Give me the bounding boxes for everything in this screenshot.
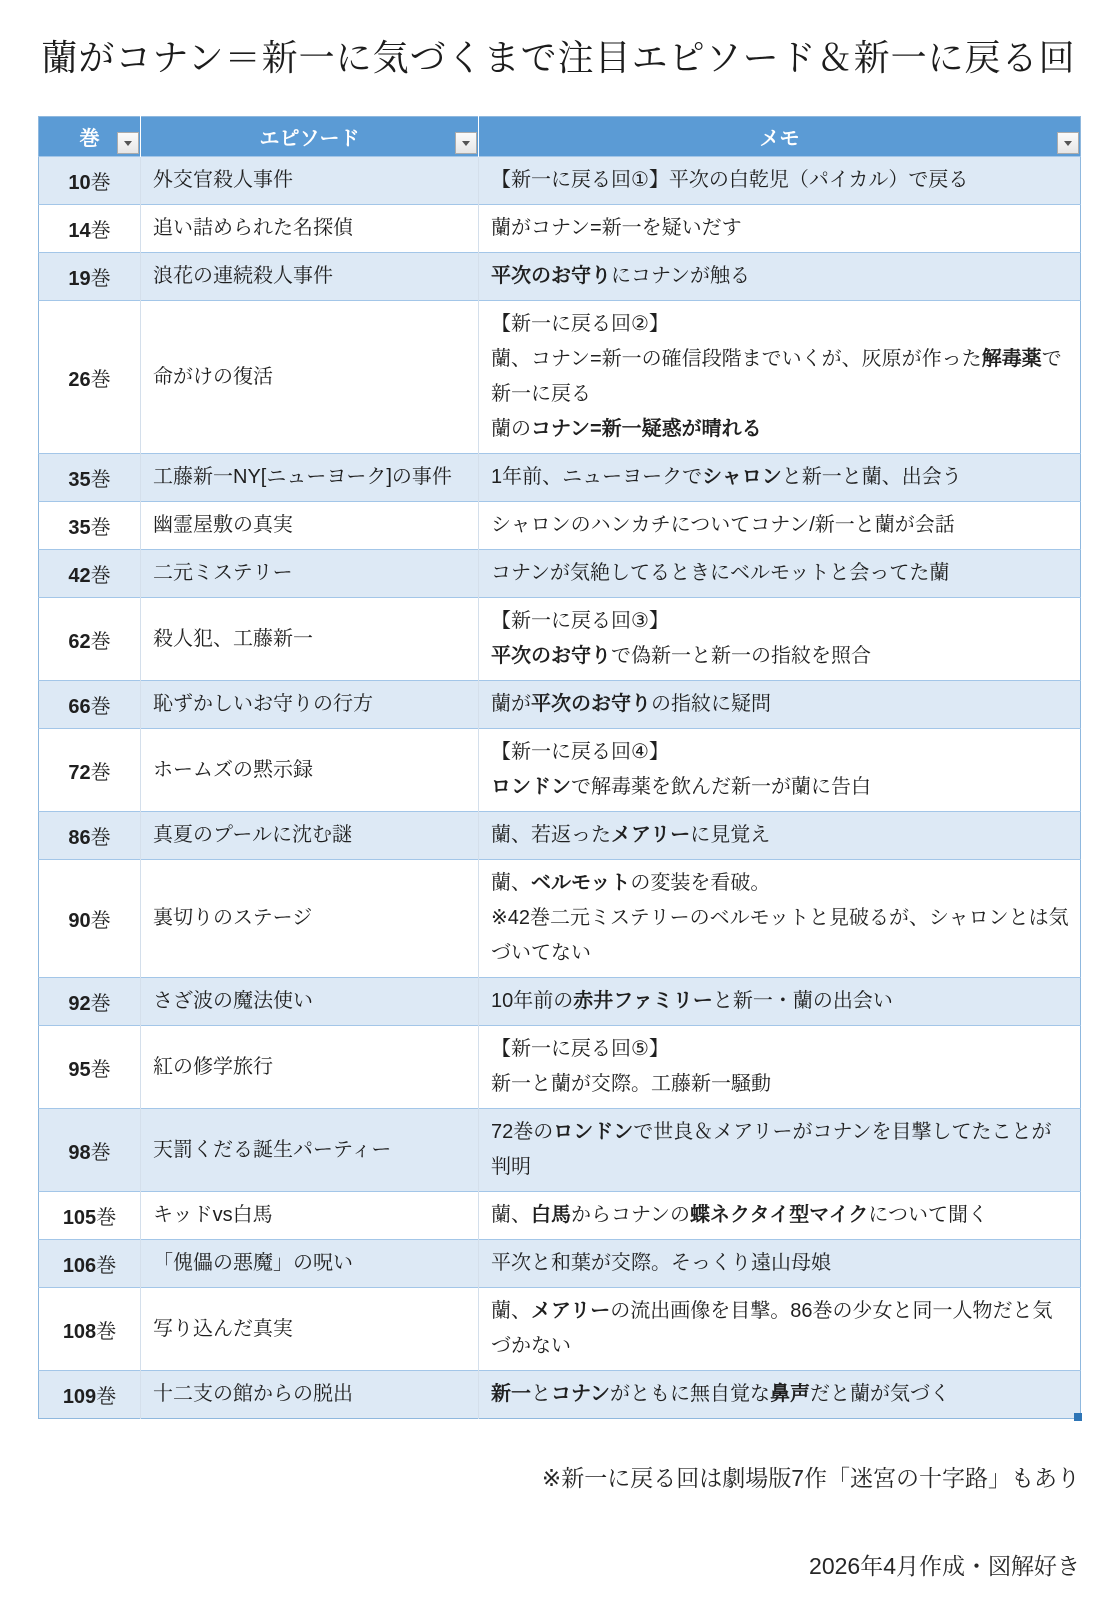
volume-text: 35 — [68, 469, 90, 491]
filter-button-episode[interactable] — [455, 132, 477, 154]
footnote: ※新一に戻る回は劇場版7作「迷宮の十字路」もあり — [542, 1460, 1080, 1493]
volume-text: 巻 — [91, 268, 111, 290]
memo-line: 72巻のロンドンで世良＆メアリーがコナンを目撃してたことが判明 — [491, 1115, 1070, 1185]
memo-cell: 蘭、ベルモットの変装を看破。※42巻二元ミステリーのベルモットと見破るが、シャロ… — [479, 860, 1081, 978]
episode-cell: 殺人犯、工藤新一 — [141, 598, 479, 681]
memo-line: 蘭、ベルモットの変装を看破。 — [491, 866, 1070, 901]
memo-cell: 平次と和葉が交際。そっくり遠山母娘 — [479, 1240, 1081, 1288]
episode-cell: さざ波の魔法使い — [141, 978, 479, 1026]
table-row: 95巻紅の修学旅行【新一に戻る回⑤】新一と蘭が交際。工藤新一騒動 — [39, 1026, 1081, 1109]
memo-text: の変装を看破。 — [630, 872, 770, 894]
memo-line: 蘭がコナン=新一を疑いだす — [491, 211, 1070, 246]
episode-cell: 「傀儡の悪魔」の呪い — [141, 1240, 479, 1288]
memo-text-bold: ロンドン — [553, 1121, 633, 1143]
memo-text: 蘭が — [491, 693, 531, 715]
memo-line: 【新一に戻る回③】 — [491, 604, 1070, 639]
volume-cell: 10巻 — [39, 157, 141, 205]
memo-text: 72巻の — [491, 1121, 553, 1143]
volume-cell: 109巻 — [39, 1371, 141, 1419]
volume-text: 巻 — [96, 1255, 116, 1277]
memo-line: 新一と蘭が交際。工藤新一騒動 — [491, 1067, 1070, 1102]
volume-text: 35 — [68, 517, 90, 539]
memo-cell: 【新一に戻る回①】平次の白乾児（パイカル）で戻る — [479, 157, 1081, 205]
episode-cell: 真夏のプールに沈む謎 — [141, 812, 479, 860]
volume-cell: 106巻 — [39, 1240, 141, 1288]
table-resize-handle[interactable] — [1074, 1413, 1082, 1421]
volume-text: 巻 — [91, 1059, 111, 1081]
memo-line: コナンが気絶してるときにベルモットと会ってた蘭 — [491, 556, 1070, 591]
memo-text: 蘭、コナン=新一の確信段階までいくが、灰原が作った — [491, 348, 982, 370]
episode-cell: 天罰くだる誕生パーティー — [141, 1109, 479, 1192]
volume-text: 巻 — [96, 1321, 116, 1343]
table-row: 106巻「傀儡の悪魔」の呪い平次と和葉が交際。そっくり遠山母娘 — [39, 1240, 1081, 1288]
memo-cell: 【新一に戻る回⑤】新一と蘭が交際。工藤新一騒動 — [479, 1026, 1081, 1109]
episode-cell: 浪花の連続殺人事件 — [141, 253, 479, 301]
volume-text: 巻 — [91, 369, 111, 391]
table-row: 108巻写り込んだ真実蘭、メアリーの流出画像を目撃。86巻の少女と同一人物だと気… — [39, 1288, 1081, 1371]
volume-text: 86 — [68, 827, 90, 849]
volume-text: 巻 — [91, 762, 111, 784]
memo-cell: 蘭がコナン=新一を疑いだす — [479, 205, 1081, 253]
memo-line: 蘭が平次のお守りの指紋に疑問 — [491, 687, 1070, 722]
memo-text: シャロンのハンカチについてコナン/新一と蘭が会話 — [491, 514, 955, 536]
memo-text: 【新一に戻る回③】 — [491, 610, 669, 632]
memo-text-bold: 蝶ネクタイ型マイク — [690, 1204, 868, 1226]
table-row: 90巻裏切りのステージ蘭、ベルモットの変装を看破。※42巻二元ミステリーのベルモ… — [39, 860, 1081, 978]
memo-text: 蘭、 — [491, 872, 531, 894]
memo-text-bold: ロンドン — [491, 776, 571, 798]
memo-line: 蘭、メアリーの流出画像を目撃。86巻の少女と同一人物だと気づかない — [491, 1294, 1070, 1364]
memo-text: 平次と和葉が交際。そっくり遠山母娘 — [491, 1252, 831, 1274]
memo-line: ロンドンで解毒薬を飲んだ新一が蘭に告白 — [491, 770, 1070, 805]
volume-cell: 62巻 — [39, 598, 141, 681]
volume-text: 巻 — [91, 469, 111, 491]
table-row: 10巻外交官殺人事件【新一に戻る回①】平次の白乾児（パイカル）で戻る — [39, 157, 1081, 205]
dropdown-triangle-icon — [462, 141, 470, 146]
volume-cell: 14巻 — [39, 205, 141, 253]
memo-text: 蘭の — [491, 418, 531, 440]
table-row: 66巻恥ずかしいお守りの行方蘭が平次のお守りの指紋に疑問 — [39, 681, 1081, 729]
memo-cell: 蘭、若返ったメアリーに見覚え — [479, 812, 1081, 860]
episode-cell: 命がけの復活 — [141, 301, 479, 454]
memo-text: 1年前、ニューヨークで — [491, 466, 702, 488]
volume-text: 72 — [68, 762, 90, 784]
memo-text: だと蘭が気づく — [810, 1383, 950, 1405]
memo-text: 【新一に戻る回⑤】 — [491, 1038, 669, 1060]
memo-text-bold: コナン — [551, 1383, 610, 1405]
table-row: 35巻工藤新一NY[ニューヨーク]の事件1年前、ニューヨークでシャロンと新一と蘭… — [39, 454, 1081, 502]
volume-text: 19 — [68, 268, 90, 290]
volume-cell: 42巻 — [39, 550, 141, 598]
memo-text-bold: 白馬 — [531, 1204, 571, 1226]
table-row: 42巻二元ミステリーコナンが気絶してるときにベルモットと会ってた蘭 — [39, 550, 1081, 598]
volume-cell: 92巻 — [39, 978, 141, 1026]
column-header-memo-label: メモ — [760, 128, 800, 150]
memo-cell: 【新一に戻る回③】平次のお守りで偽新一と新一の指紋を照合 — [479, 598, 1081, 681]
volume-text: 90 — [68, 910, 90, 932]
memo-cell: 蘭、メアリーの流出画像を目撃。86巻の少女と同一人物だと気づかない — [479, 1288, 1081, 1371]
volume-text: 巻 — [91, 517, 111, 539]
memo-cell: 平次のお守りにコナンが触る — [479, 253, 1081, 301]
column-header-episode: エピソード — [141, 117, 479, 157]
episode-cell: 裏切りのステージ — [141, 860, 479, 978]
column-header-volume-label: 巻 — [80, 128, 100, 150]
memo-text: 【新一に戻る回②】 — [491, 313, 669, 335]
memo-text: からコナンの — [571, 1204, 690, 1226]
memo-line: 蘭、コナン=新一の確信段階までいくが、灰原が作った解毒薬で新一に戻る — [491, 342, 1070, 412]
volume-text: 109 — [63, 1386, 96, 1408]
episode-cell: 外交官殺人事件 — [141, 157, 479, 205]
memo-text: について聞く — [868, 1204, 988, 1226]
memo-line: 10年前の赤井ファミリーと新一・蘭の出会い — [491, 984, 1070, 1019]
episode-cell: 紅の修学旅行 — [141, 1026, 479, 1109]
memo-line: 【新一に戻る回④】 — [491, 735, 1070, 770]
volume-text: 98 — [68, 1142, 90, 1164]
memo-text-bold: 鼻声 — [770, 1383, 810, 1405]
memo-cell: 蘭、白馬からコナンの蝶ネクタイ型マイクについて聞く — [479, 1192, 1081, 1240]
memo-line: 【新一に戻る回②】 — [491, 307, 1070, 342]
memo-cell: 1年前、ニューヨークでシャロンと新一と蘭、出会う — [479, 454, 1081, 502]
volume-text: 42 — [68, 565, 90, 587]
volume-text: 巻 — [91, 220, 111, 242]
header-row: 巻 エピソード メモ — [39, 117, 1081, 157]
memo-text: に見覚え — [690, 824, 770, 846]
memo-text-bold: 新一 — [491, 1383, 531, 1405]
table-row: 72巻ホームズの黙示録【新一に戻る回④】ロンドンで解毒薬を飲んだ新一が蘭に告白 — [39, 729, 1081, 812]
volume-text: 巻 — [91, 565, 111, 587]
table-row: 26巻命がけの復活【新一に戻る回②】蘭、コナン=新一の確信段階までいくが、灰原が… — [39, 301, 1081, 454]
volume-text: 巻 — [96, 1207, 116, 1229]
memo-text: 新一と蘭が交際。工藤新一騒動 — [491, 1073, 771, 1095]
volume-cell: 95巻 — [39, 1026, 141, 1109]
episode-cell: 追い詰められた名探偵 — [141, 205, 479, 253]
memo-text: と新一・蘭の出会い — [713, 990, 893, 1012]
memo-text: 【新一に戻る回④】 — [491, 741, 669, 763]
memo-line: 【新一に戻る回⑤】 — [491, 1032, 1070, 1067]
table-row: 98巻天罰くだる誕生パーティー72巻のロンドンで世良＆メアリーがコナンを目撃して… — [39, 1109, 1081, 1192]
episode-cell: ホームズの黙示録 — [141, 729, 479, 812]
memo-text: がともに無自覚な — [610, 1383, 770, 1405]
volume-cell: 72巻 — [39, 729, 141, 812]
memo-cell: 【新一に戻る回②】蘭、コナン=新一の確信段階までいくが、灰原が作った解毒薬で新一… — [479, 301, 1081, 454]
memo-text: で解毒薬を飲んだ新一が蘭に告白 — [571, 776, 871, 798]
dropdown-triangle-icon — [1064, 141, 1072, 146]
filter-button-volume[interactable] — [117, 132, 139, 154]
table-row: 62巻殺人犯、工藤新一【新一に戻る回③】平次のお守りで偽新一と新一の指紋を照合 — [39, 598, 1081, 681]
volume-cell: 108巻 — [39, 1288, 141, 1371]
episode-table: 巻 エピソード メモ 10巻外交官殺人事件【新一に戻る回①】平次の白乾児（パイカ… — [38, 116, 1081, 1419]
credit: 2026年4月作成・図解好き — [809, 1548, 1080, 1581]
dropdown-triangle-icon — [124, 141, 132, 146]
column-header-episode-label: エピソード — [260, 128, 360, 150]
memo-text-bold: メアリー — [611, 824, 690, 846]
table-row: 35巻幽霊屋敷の真実シャロンのハンカチについてコナン/新一と蘭が会話 — [39, 502, 1081, 550]
memo-line: 平次のお守りで偽新一と新一の指紋を照合 — [491, 639, 1070, 674]
episode-cell: 十二支の館からの脱出 — [141, 1371, 479, 1419]
memo-line: 平次のお守りにコナンが触る — [491, 259, 1070, 294]
table-row: 92巻さざ波の魔法使い10年前の赤井ファミリーと新一・蘭の出会い — [39, 978, 1081, 1026]
table-row: 109巻十二支の館からの脱出新一とコナンがともに無自覚な鼻声だと蘭が気づく — [39, 1371, 1081, 1419]
volume-text: 巻 — [91, 631, 111, 653]
memo-text: にコナンが触る — [611, 265, 750, 287]
volume-cell: 90巻 — [39, 860, 141, 978]
volume-text: 108 — [63, 1321, 96, 1343]
episode-cell: 写り込んだ真実 — [141, 1288, 479, 1371]
volume-text: 10 — [68, 172, 90, 194]
volume-text: 巻 — [91, 1142, 111, 1164]
memo-cell: コナンが気絶してるときにベルモットと会ってた蘭 — [479, 550, 1081, 598]
memo-text-bold: 赤井ファミリー — [573, 990, 713, 1012]
volume-text: 26 — [68, 369, 90, 391]
volume-text: 95 — [68, 1059, 90, 1081]
episode-cell: キッドvs白馬 — [141, 1192, 479, 1240]
volume-text: 巻 — [96, 1386, 116, 1408]
memo-text-bold: シャロン — [702, 466, 782, 488]
episode-table-wrapper: 巻 エピソード メモ 10巻外交官殺人事件【新一に戻る回①】平次の白乾児（パイカ… — [38, 116, 1080, 1419]
volume-text: 92 — [68, 993, 90, 1015]
volume-text: 105 — [63, 1207, 96, 1229]
memo-text-bold: 平次のお守り — [491, 645, 611, 667]
memo-text-bold: メアリー — [531, 1300, 610, 1322]
volume-text: 106 — [63, 1255, 96, 1277]
table-body: 10巻外交官殺人事件【新一に戻る回①】平次の白乾児（パイカル）で戻る14巻追い詰… — [39, 157, 1081, 1419]
memo-line: ※42巻二元ミステリーのベルモットと見破るが、シャロンとは気づいてない — [491, 901, 1070, 971]
memo-cell: 新一とコナンがともに無自覚な鼻声だと蘭が気づく — [479, 1371, 1081, 1419]
volume-cell: 86巻 — [39, 812, 141, 860]
volume-cell: 35巻 — [39, 502, 141, 550]
volume-text: 66 — [68, 696, 90, 718]
memo-line: 新一とコナンがともに無自覚な鼻声だと蘭が気づく — [491, 1377, 1070, 1412]
episode-cell: 工藤新一NY[ニューヨーク]の事件 — [141, 454, 479, 502]
volume-text: 巻 — [91, 993, 111, 1015]
memo-text-bold: コナン=新一疑惑が晴れる — [531, 418, 762, 440]
memo-cell: 10年前の赤井ファミリーと新一・蘭の出会い — [479, 978, 1081, 1026]
memo-text: で偽新一と新一の指紋を照合 — [611, 645, 871, 667]
volume-text: 巻 — [91, 827, 111, 849]
memo-text-bold: 平次のお守り — [531, 693, 651, 715]
filter-button-memo[interactable] — [1057, 132, 1079, 154]
memo-line: 蘭、白馬からコナンの蝶ネクタイ型マイクについて聞く — [491, 1198, 1070, 1233]
memo-text: ※42巻二元ミステリーのベルモットと見破るが、シャロンとは気づいてない — [491, 907, 1069, 964]
memo-line: 【新一に戻る回①】平次の白乾児（パイカル）で戻る — [491, 163, 1070, 198]
volume-cell: 98巻 — [39, 1109, 141, 1192]
volume-text: 巻 — [91, 172, 111, 194]
memo-line: 蘭のコナン=新一疑惑が晴れる — [491, 412, 1070, 447]
episode-cell: 恥ずかしいお守りの行方 — [141, 681, 479, 729]
volume-cell: 35巻 — [39, 454, 141, 502]
memo-cell: 蘭が平次のお守りの指紋に疑問 — [479, 681, 1081, 729]
volume-text: 62 — [68, 631, 90, 653]
episode-cell: 幽霊屋敷の真実 — [141, 502, 479, 550]
memo-text: 蘭がコナン=新一を疑いだす — [491, 217, 742, 239]
volume-text: 14 — [68, 220, 90, 242]
memo-cell: 【新一に戻る回④】ロンドンで解毒薬を飲んだ新一が蘭に告白 — [479, 729, 1081, 812]
volume-cell: 19巻 — [39, 253, 141, 301]
table-row: 105巻キッドvs白馬蘭、白馬からコナンの蝶ネクタイ型マイクについて聞く — [39, 1192, 1081, 1240]
column-header-volume: 巻 — [39, 117, 141, 157]
memo-line: 1年前、ニューヨークでシャロンと新一と蘭、出会う — [491, 460, 1070, 495]
volume-cell: 66巻 — [39, 681, 141, 729]
volume-cell: 26巻 — [39, 301, 141, 454]
memo-text-bold: 平次のお守り — [491, 265, 611, 287]
memo-text: と — [531, 1383, 551, 1405]
memo-line: 平次と和葉が交際。そっくり遠山母娘 — [491, 1246, 1070, 1281]
page: 蘭がコナン＝新一に気づくまで注目エピソード＆新一に戻る回 巻 エピソード メモ — [0, 0, 1117, 1616]
column-header-memo: メモ — [479, 117, 1081, 157]
table-row: 19巻浪花の連続殺人事件平次のお守りにコナンが触る — [39, 253, 1081, 301]
table-row: 14巻追い詰められた名探偵蘭がコナン=新一を疑いだす — [39, 205, 1081, 253]
memo-line: シャロンのハンカチについてコナン/新一と蘭が会話 — [491, 508, 1070, 543]
volume-text: 巻 — [91, 910, 111, 932]
memo-text: 蘭、若返った — [491, 824, 611, 846]
episode-cell: 二元ミステリー — [141, 550, 479, 598]
memo-line: 蘭、若返ったメアリーに見覚え — [491, 818, 1070, 853]
volume-cell: 105巻 — [39, 1192, 141, 1240]
memo-text: 蘭、 — [491, 1204, 531, 1226]
memo-text: コナンが気絶してるときにベルモットと会ってた蘭 — [491, 562, 949, 584]
memo-text: の指紋に疑問 — [651, 693, 771, 715]
memo-text: 蘭、 — [491, 1300, 531, 1322]
memo-text: と新一と蘭、出会う — [782, 466, 962, 488]
memo-text: 10年前の — [491, 990, 573, 1012]
memo-text: 【新一に戻る回①】平次の白乾児（パイカル）で戻る — [491, 169, 968, 191]
memo-text-bold: 解毒薬 — [982, 348, 1042, 370]
table-row: 86巻真夏のプールに沈む謎蘭、若返ったメアリーに見覚え — [39, 812, 1081, 860]
page-title: 蘭がコナン＝新一に気づくまで注目エピソード＆新一に戻る回 — [0, 30, 1117, 81]
volume-text: 巻 — [91, 696, 111, 718]
memo-cell: 72巻のロンドンで世良＆メアリーがコナンを目撃してたことが判明 — [479, 1109, 1081, 1192]
memo-cell: シャロンのハンカチについてコナン/新一と蘭が会話 — [479, 502, 1081, 550]
memo-text-bold: ベルモット — [531, 872, 630, 894]
